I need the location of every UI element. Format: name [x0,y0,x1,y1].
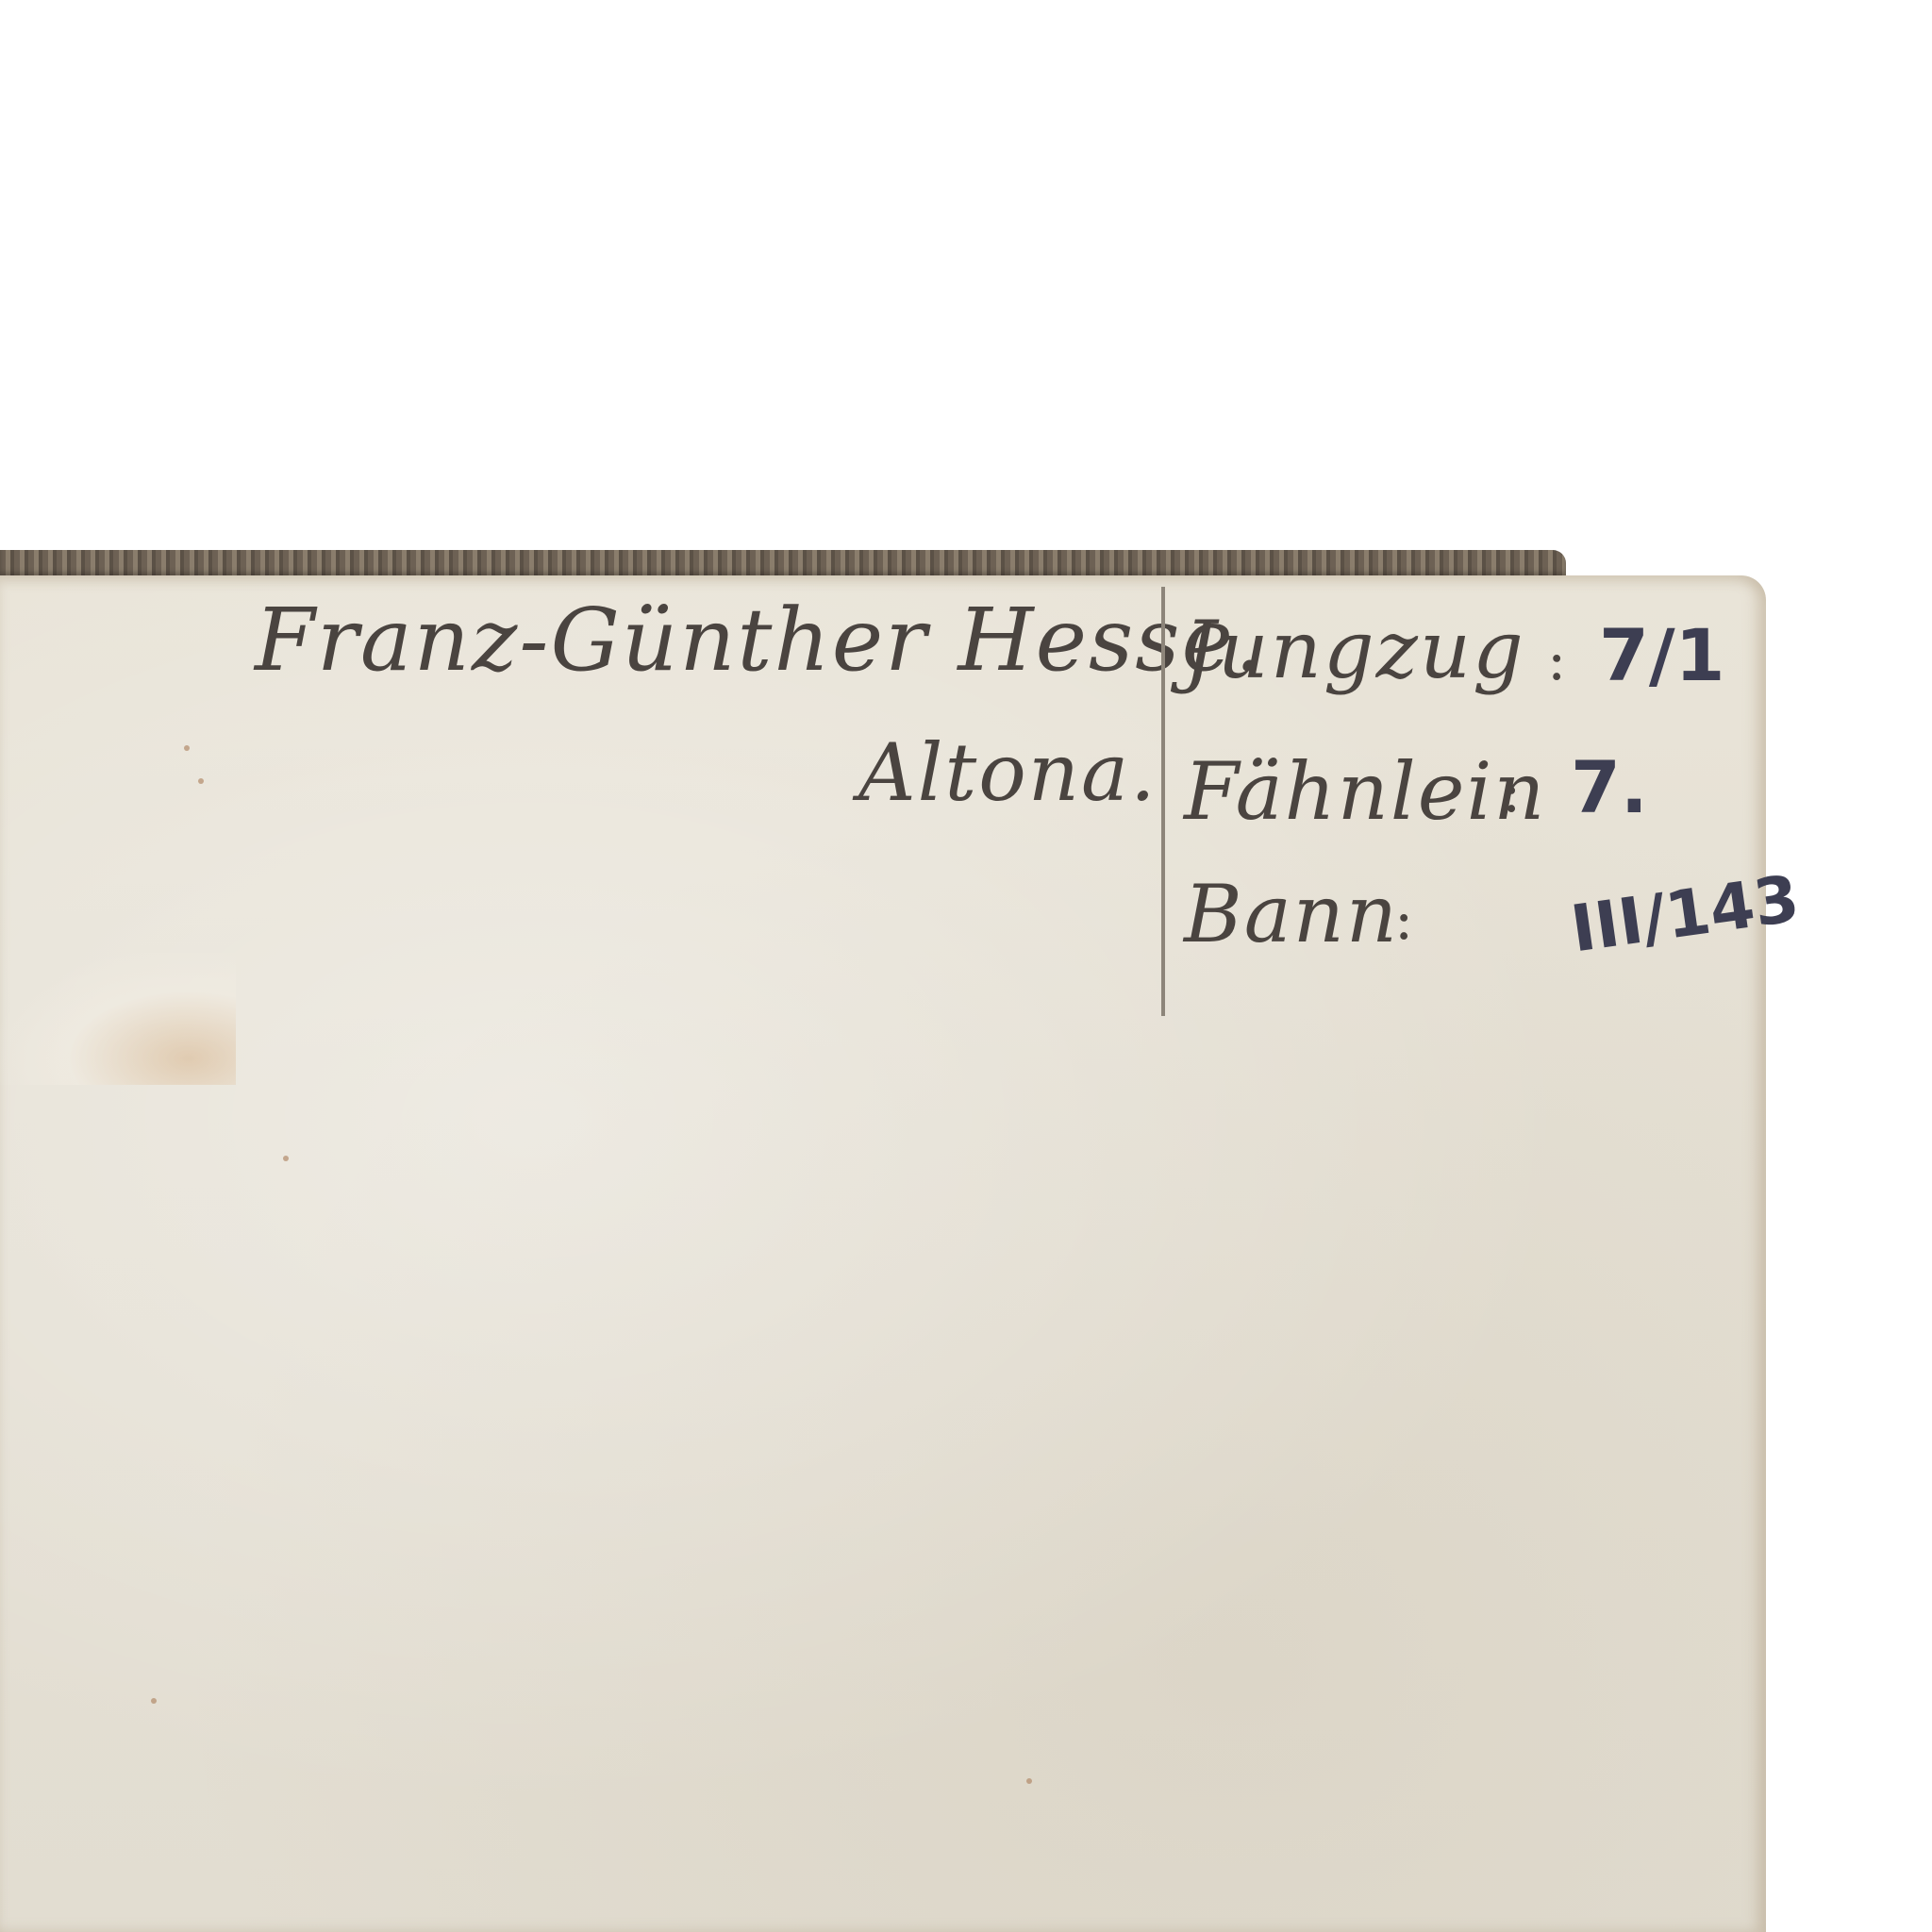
field-separator: : [1502,759,1521,825]
owner-location: Altona. [858,726,1158,819]
field-label-faehnlein: Fähnlein [1184,745,1546,838]
field-value-jungzug: 7/1 [1599,613,1725,697]
owner-name: Franz-Günther Hesse. [255,590,1264,691]
field-value-faehnlein: 7. [1571,745,1648,829]
paper-stain [0,953,236,1085]
paper-speck [198,778,204,784]
column-divider-line [1161,587,1165,1016]
field-label-bann: Bann [1184,868,1399,960]
paper-speck [283,1156,289,1161]
field-separator: : [1394,887,1413,953]
paper-speck [151,1698,157,1704]
field-separator: : [1547,627,1566,693]
paper-speck [184,745,190,751]
field-label-jungzug: Jungzug [1184,604,1525,696]
paper-speck [1026,1778,1032,1784]
book-spine-edge [0,550,1566,578]
